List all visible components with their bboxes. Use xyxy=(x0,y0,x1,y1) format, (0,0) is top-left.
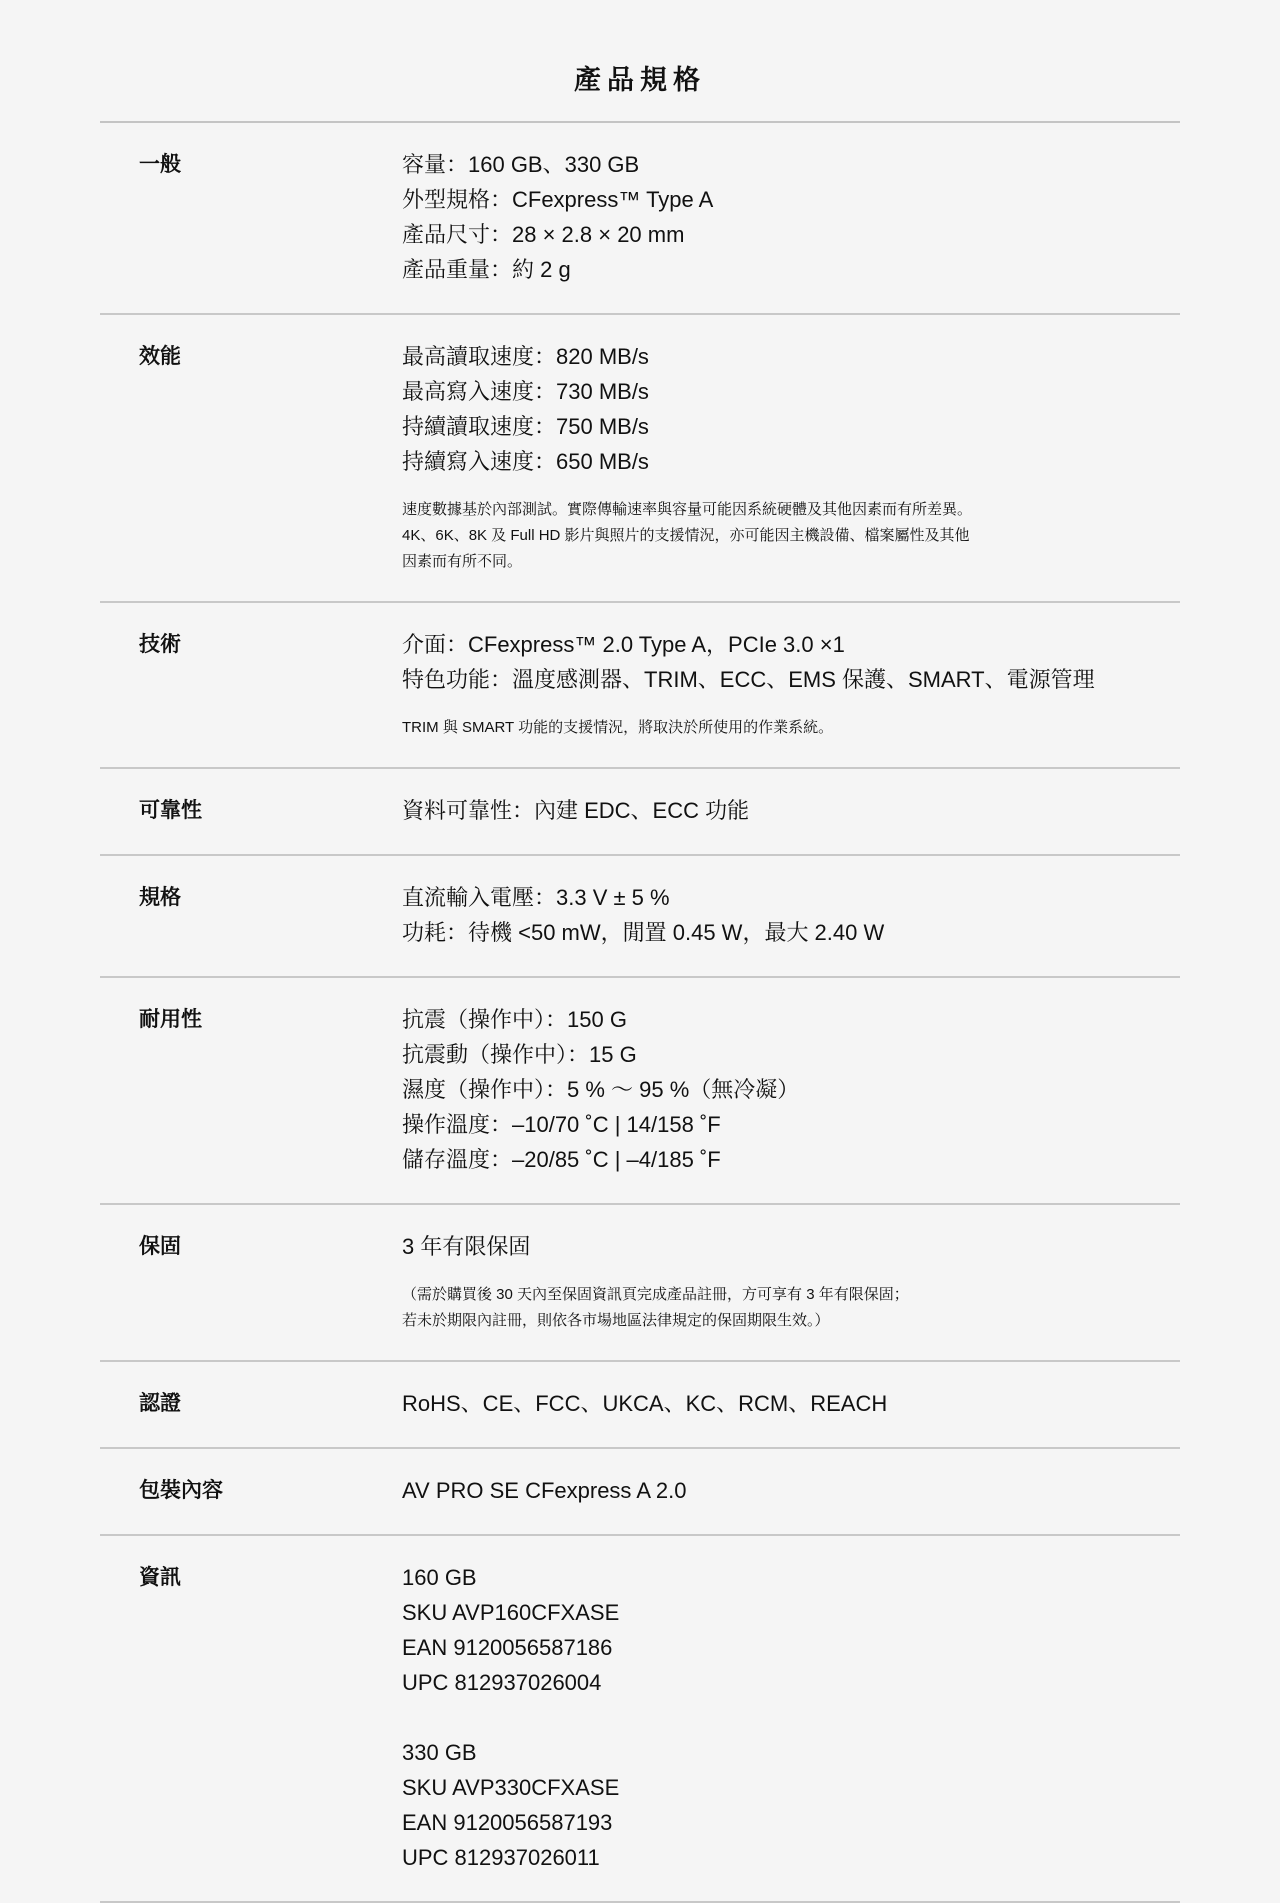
spec-values-package: AV PRO SE CFexpress A 2.0 xyxy=(402,1473,1180,1508)
spec-table: 一般 容量：160 GB、330 GB 外型規格：CFexpress™ Type… xyxy=(100,121,1180,1903)
variant-ean: EAN 9120056587186 xyxy=(402,1630,1180,1665)
variant-upc: UPC 812937026011 xyxy=(402,1840,1180,1875)
spec-label-performance: 效能 xyxy=(100,339,402,575)
spec-form-factor: 外型規格：CFexpress™ Type A xyxy=(402,182,1180,217)
spec-row-general: 一般 容量：160 GB、330 GB 外型規格：CFexpress™ Type… xyxy=(100,123,1180,315)
spec-certifications: RoHS、CE、FCC、UKCA、KC、RCM、REACH xyxy=(402,1386,1180,1421)
spec-row-technology: 技術 介面：CFexpress™ 2.0 Type A，PCIe 3.0 ×1 … xyxy=(100,603,1180,769)
spec-row-durability: 耐用性 抗震（操作中）：150 G 抗震動（操作中）：15 G 濕度（操作中）：… xyxy=(100,978,1180,1205)
spec-sustained-write: 持續寫入速度：650 MB/s xyxy=(402,444,1180,479)
footnote-line: TRIM 與 SMART 功能的支援情況，將取決於所使用的作業系統。 xyxy=(402,715,1180,741)
spec-label-certification: 認證 xyxy=(100,1386,402,1421)
spec-humidity: 濕度（操作中）：5 % ～ 95 %（無冷凝） xyxy=(402,1072,1180,1107)
spec-values-durability: 抗震（操作中）：150 G 抗震動（操作中）：15 G 濕度（操作中）：5 % … xyxy=(402,1002,1180,1177)
spec-label-package: 包裝內容 xyxy=(100,1473,402,1508)
footnote-line: 若未於期限內註冊，則依各市場地區法律規定的保固期限生效。） xyxy=(402,1308,1180,1334)
footnote-line: （需於購買後 30 天內至保固資訊頁完成產品註冊，方可享有 3 年有限保固； xyxy=(402,1282,1180,1308)
spec-row-package: 包裝內容 AV PRO SE CFexpress A 2.0 xyxy=(100,1449,1180,1536)
warranty-footnote: （需於購買後 30 天內至保固資訊頁完成產品註冊，方可享有 3 年有限保固； 若… xyxy=(402,1282,1180,1334)
spec-values-general: 容量：160 GB、330 GB 外型規格：CFexpress™ Type A … xyxy=(402,147,1180,287)
spec-row-certification: 認證 RoHS、CE、FCC、UKCA、KC、RCM、REACH xyxy=(100,1362,1180,1449)
spec-label-technology: 技術 xyxy=(100,627,402,741)
spec-values-certification: RoHS、CE、FCC、UKCA、KC、RCM、REACH xyxy=(402,1386,1180,1421)
variant-sku: SKU AVP160CFXASE xyxy=(402,1595,1180,1630)
spec-label-warranty: 保固 xyxy=(100,1229,402,1334)
spec-values-reliability: 資料可靠性：內建 EDC、ECC 功能 xyxy=(402,793,1180,828)
spec-package-contents: AV PRO SE CFexpress A 2.0 xyxy=(402,1473,1180,1508)
spec-weight: 產品重量：約 2 g xyxy=(402,252,1180,287)
spec-values-specification: 直流輸入電壓：3.3 V ± 5 % 功耗：待機 <50 mW，閒置 0.45 … xyxy=(402,880,1180,950)
variant-sku: SKU AVP330CFXASE xyxy=(402,1770,1180,1805)
spec-row-warranty: 保固 3 年有限保固 （需於購買後 30 天內至保固資訊頁完成產品註冊，方可享有… xyxy=(100,1205,1180,1362)
spec-label-specification: 規格 xyxy=(100,880,402,950)
spec-row-reliability: 可靠性 資料可靠性：內建 EDC、ECC 功能 xyxy=(100,769,1180,856)
variant-160gb: 160 GB SKU AVP160CFXASE EAN 912005658718… xyxy=(402,1560,1180,1700)
variant-330gb: 330 GB SKU AVP330CFXASE EAN 912005658719… xyxy=(402,1735,1180,1875)
spec-data-reliability: 資料可靠性：內建 EDC、ECC 功能 xyxy=(402,793,1180,828)
spec-capacity: 容量：160 GB、330 GB xyxy=(402,147,1180,182)
spec-operating-temp: 操作溫度：–10/70 ˚C | 14/158 ˚F xyxy=(402,1107,1180,1142)
spec-row-info: 資訊 160 GB SKU AVP160CFXASE EAN 912005658… xyxy=(100,1536,1180,1903)
spec-row-specification: 規格 直流輸入電壓：3.3 V ± 5 % 功耗：待機 <50 mW，閒置 0.… xyxy=(100,856,1180,978)
footnote-line: 速度數據基於內部測試。實際傳輸速率與容量可能因系統硬體及其他因素而有所差異。 xyxy=(402,497,1180,523)
performance-footnote: 速度數據基於內部測試。實際傳輸速率與容量可能因系統硬體及其他因素而有所差異。 4… xyxy=(402,497,1180,575)
footnote-line: 4K、6K、8K 及 Full HD 影片與照片的支援情況，亦可能因主機設備、檔… xyxy=(402,523,1180,549)
spec-row-performance: 效能 最高讀取速度：820 MB/s 最高寫入速度：730 MB/s 持續讀取速… xyxy=(100,315,1180,603)
technology-footnote: TRIM 與 SMART 功能的支援情況，將取決於所使用的作業系統。 xyxy=(402,715,1180,741)
variant-ean: EAN 9120056587193 xyxy=(402,1805,1180,1840)
variant-upc: UPC 812937026004 xyxy=(402,1665,1180,1700)
spec-values-performance: 最高讀取速度：820 MB/s 最高寫入速度：730 MB/s 持續讀取速度：7… xyxy=(402,339,1180,575)
spec-vibration: 抗震動（操作中）：15 G xyxy=(402,1037,1180,1072)
spec-voltage: 直流輸入電壓：3.3 V ± 5 % xyxy=(402,880,1180,915)
variant-capacity: 160 GB xyxy=(402,1560,1180,1595)
spec-values-technology: 介面：CFexpress™ 2.0 Type A，PCIe 3.0 ×1 特色功… xyxy=(402,627,1180,741)
spec-label-general: 一般 xyxy=(100,147,402,287)
spec-label-durability: 耐用性 xyxy=(100,1002,402,1177)
variant-spacer xyxy=(402,1700,1180,1735)
spec-label-info: 資訊 xyxy=(100,1560,402,1875)
spec-warranty-term: 3 年有限保固 xyxy=(402,1229,1180,1264)
variant-capacity: 330 GB xyxy=(402,1735,1180,1770)
spec-max-read: 最高讀取速度：820 MB/s xyxy=(402,339,1180,374)
spec-interface: 介面：CFexpress™ 2.0 Type A，PCIe 3.0 ×1 xyxy=(402,627,1180,662)
spec-label-reliability: 可靠性 xyxy=(100,793,402,828)
page-title: 產品規格 xyxy=(0,60,1280,100)
spec-sustained-read: 持續讀取速度：750 MB/s xyxy=(402,409,1180,444)
spec-dimensions: 產品尺寸：28 × 2.8 × 20 mm xyxy=(402,217,1180,252)
footnote-line: 因素而有所不同。 xyxy=(402,549,1180,575)
spec-values-warranty: 3 年有限保固 （需於購買後 30 天內至保固資訊頁完成產品註冊，方可享有 3 … xyxy=(402,1229,1180,1334)
spec-storage-temp: 儲存溫度：–20/85 ˚C | –4/185 ˚F xyxy=(402,1142,1180,1177)
spec-page: 產品規格 一般 容量：160 GB、330 GB 外型規格：CFexpress™… xyxy=(0,0,1280,1903)
spec-values-info: 160 GB SKU AVP160CFXASE EAN 912005658718… xyxy=(402,1560,1180,1875)
spec-features: 特色功能：溫度感測器、TRIM、ECC、EMS 保護、SMART、電源管理 xyxy=(402,662,1180,697)
spec-max-write: 最高寫入速度：730 MB/s xyxy=(402,374,1180,409)
spec-power: 功耗：待機 <50 mW，閒置 0.45 W，最大 2.40 W xyxy=(402,915,1180,950)
spec-shock: 抗震（操作中）：150 G xyxy=(402,1002,1180,1037)
